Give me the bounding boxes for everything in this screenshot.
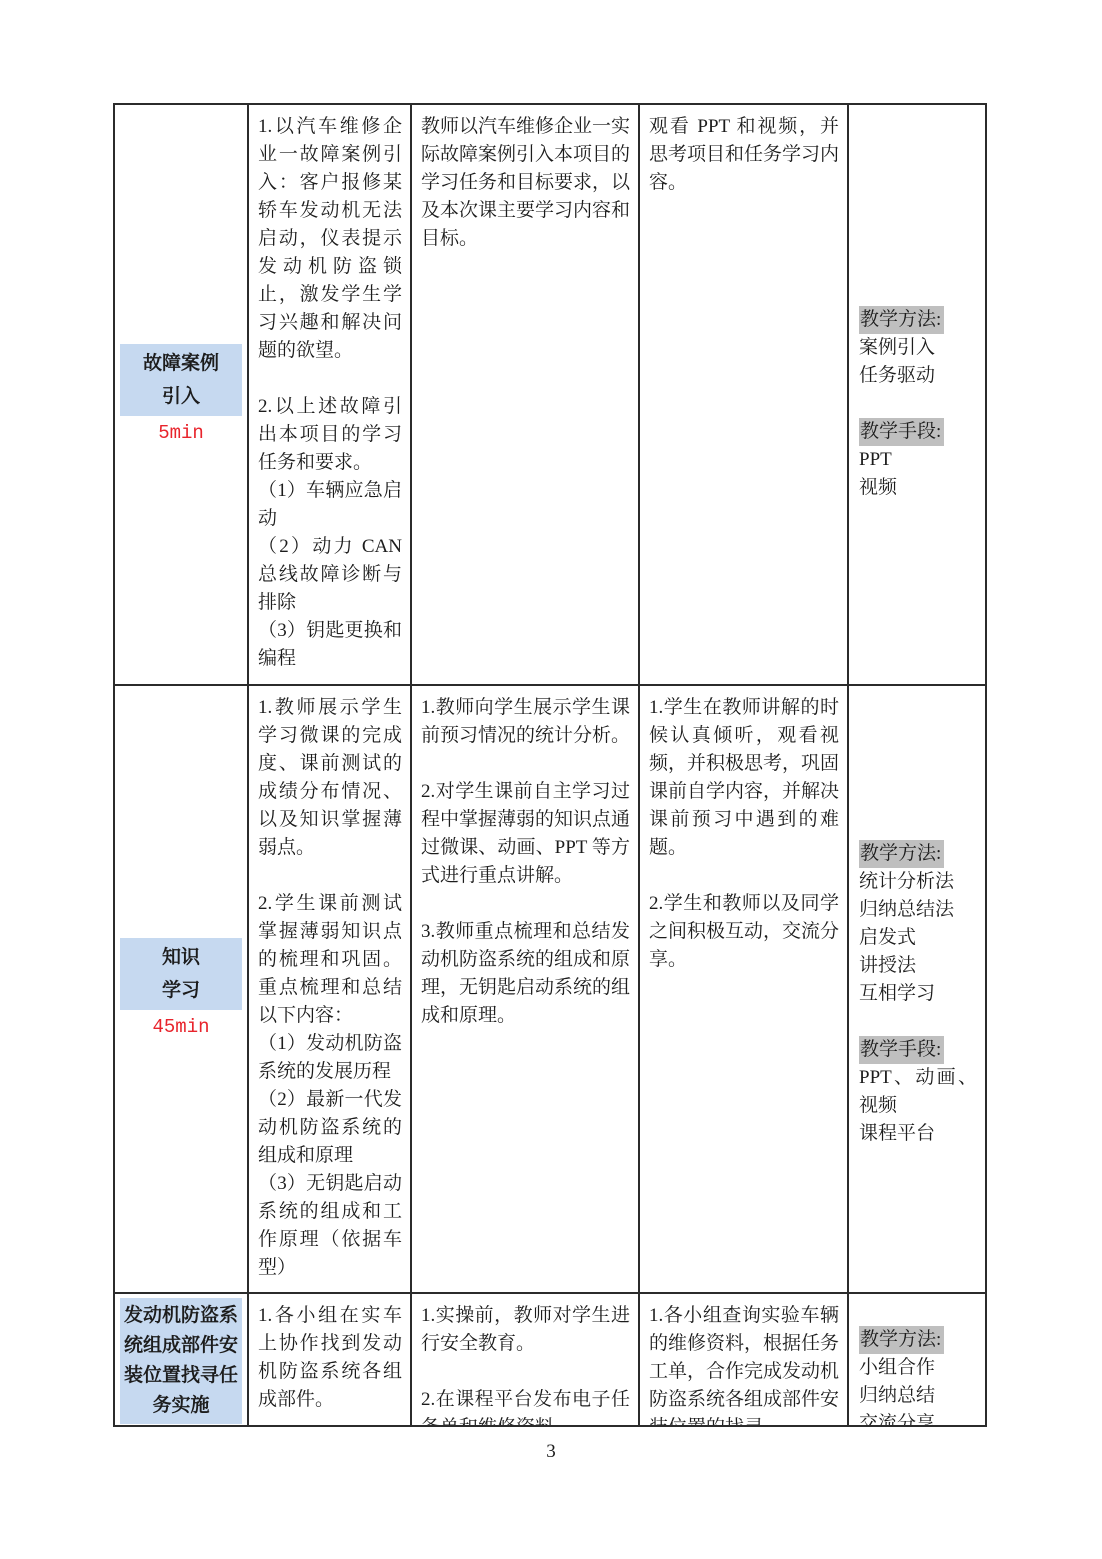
method-block: 教学手段:PPT、动画、视频课程平台 xyxy=(859,1036,977,1148)
teaching-content-cell: 1.教师展示学生学习微课的完成度、课前测试的成绩分布情况、以及知识掌握薄弱点。2… xyxy=(249,686,412,1292)
stage-duration: 5min xyxy=(158,420,204,446)
stage-cell: 发动机防盗系统组成部件安装位置找寻任务实施30min xyxy=(115,1294,249,1425)
table-row: 知识学习45min1.教师展示学生学习微课的完成度、课前测试的成绩分布情况、以及… xyxy=(115,686,985,1294)
method-item: 讲授法 xyxy=(859,952,977,980)
methods-content: 教学方法:案例引入任务驱动教学手段:PPT视频 xyxy=(858,306,977,502)
paragraph: 1.各小组查询实验车辆的维修资料，根据任务工单，合作完成发动机防盗系统各组成部件… xyxy=(649,1302,839,1425)
method-item: 课程平台 xyxy=(859,1120,977,1148)
student-activity-cell: 1.各小组查询实验车辆的维修资料，根据任务工单，合作完成发动机防盗系统各组成部件… xyxy=(640,1294,849,1425)
stage-label: 故障案例引入 xyxy=(120,344,242,416)
paragraph: 教师以汽车维修企业一实际故障案例引入本项目的学习任务和目标要求，以及本次课主要学… xyxy=(421,113,630,253)
method-item: 任务驱动 xyxy=(859,362,977,390)
blank-line xyxy=(649,862,839,890)
method-item: 小组合作 xyxy=(859,1354,977,1382)
paragraph: （2）最新一代发动机防盗系统的组成和原理 xyxy=(258,1086,402,1170)
page-number: 3 xyxy=(0,1441,1102,1463)
stage-label-line: 统组成部件安 xyxy=(120,1331,242,1361)
method-item: 归纳总结 xyxy=(859,1382,977,1410)
method-block: 教学方法:统计分析法归纳总结法启发式讲授法互相学习 xyxy=(859,840,977,1008)
paragraph: 1.学生在教师讲解的时候认真倾听，观看视频，并积极思考，巩固课前自学内容，并解决… xyxy=(649,694,839,862)
methods-content: 教学方法:统计分析法归纳总结法启发式讲授法互相学习教学手段:PPT、动画、视频课… xyxy=(858,840,977,1148)
teaching-content-cell: 1.以汽车维修企业一故障案例引入：客户报修某轿车发动机无法启动，仪表提示发动机防… xyxy=(249,105,412,684)
stage-label-line: 装位置找寻任 xyxy=(120,1361,242,1391)
method-heading: 教学方法: xyxy=(859,306,944,334)
stage-label-line: 引入 xyxy=(120,380,242,413)
paragraph: 3.教师重点梳理和总结发动机防盗系统的组成和原理，无钥匙启动系统的组成和原理。 xyxy=(421,918,630,1030)
blank-line xyxy=(258,862,402,890)
stage-label-line: 故障案例 xyxy=(120,347,242,380)
student-activity-cell: 观看 PPT 和视频，并思考项目和任务学习内容。 xyxy=(640,105,849,684)
method-heading: 教学手段: xyxy=(859,418,944,446)
stage-label-line: 务实施 xyxy=(120,1391,242,1421)
paragraph: 1.各小组在实车上协作找到发动机防盗系统各组成部件。 xyxy=(258,1302,402,1414)
paragraph: 2.对学生课前自主学习过程中掌握薄弱的知识点通过微课、动画、PPT 等方式进行重… xyxy=(421,778,630,890)
lesson-plan-table: 故障案例引入5min1.以汽车维修企业一故障案例引入：客户报修某轿车发动机无法启… xyxy=(113,103,987,1427)
stage-label-line: 知识 xyxy=(120,941,242,974)
stage-cell: 故障案例引入5min xyxy=(115,105,249,684)
blank-line xyxy=(258,365,402,393)
method-heading: 教学手段: xyxy=(859,1036,944,1064)
methods-cell: 教学方法:小组合作归纳总结交流分享 xyxy=(849,1294,985,1425)
stage-label: 发动机防盗系统组成部件安装位置找寻任务实施 xyxy=(120,1298,242,1424)
paragraph: 1.教师展示学生学习微课的完成度、课前测试的成绩分布情况、以及知识掌握薄弱点。 xyxy=(258,694,402,862)
blank-line xyxy=(421,750,630,778)
paragraph: （1）发动机防盗系统的发展历程 xyxy=(258,1030,402,1086)
stage-label-line: 发动机防盗系 xyxy=(120,1301,242,1331)
blank-line xyxy=(421,1358,630,1386)
table-row: 发动机防盗系统组成部件安装位置找寻任务实施30min1.各小组在实车上协作找到发… xyxy=(115,1294,985,1425)
document-page: 故障案例引入5min1.以汽车维修企业一故障案例引入：客户报修某轿车发动机无法启… xyxy=(0,0,1102,1559)
method-item: 交流分享 xyxy=(859,1410,977,1425)
paragraph: 观看 PPT 和视频，并思考项目和任务学习内容。 xyxy=(649,113,839,197)
method-item: PPT xyxy=(859,446,977,474)
paragraph: （2）动力 CAN 总线故障诊断与排除 xyxy=(258,533,402,617)
method-heading: 教学方法: xyxy=(859,840,944,868)
paragraph: 1.以汽车维修企业一故障案例引入：客户报修某轿车发动机无法启动，仪表提示发动机防… xyxy=(258,113,402,365)
method-item: 互相学习 xyxy=(859,980,977,1008)
paragraph: 1.实操前，教师对学生进行安全教育。 xyxy=(421,1302,630,1358)
methods-content: 教学方法:小组合作归纳总结交流分享 xyxy=(858,1326,977,1425)
method-heading: 教学方法: xyxy=(859,1326,944,1354)
method-block: 教学方法:案例引入任务驱动 xyxy=(859,306,977,390)
teaching-content-cell: 1.各小组在实车上协作找到发动机防盗系统各组成部件。 xyxy=(249,1294,412,1425)
methods-cell: 教学方法:统计分析法归纳总结法启发式讲授法互相学习教学手段:PPT、动画、视频课… xyxy=(849,686,985,1292)
method-item: 案例引入 xyxy=(859,334,977,362)
teacher-activity-cell: 1.实操前，教师对学生进行安全教育。2.在课程平台发布电子任务单和维修资料。 xyxy=(412,1294,640,1425)
teacher-activity-cell: 1.教师向学生展示学生课前预习情况的统计分析。2.对学生课前自主学习过程中掌握薄… xyxy=(412,686,640,1292)
method-block: 教学方法:小组合作归纳总结交流分享 xyxy=(859,1326,977,1425)
method-item: 统计分析法 xyxy=(859,868,977,896)
blank-line xyxy=(421,890,630,918)
paragraph: 2.学生和教师以及同学之间积极互动，交流分享。 xyxy=(649,890,839,974)
method-item: 视频 xyxy=(859,474,977,502)
paragraph: 2.以上述故障引出本项目的学习任务和要求。 xyxy=(258,393,402,477)
methods-cell: 教学方法:案例引入任务驱动教学手段:PPT视频 xyxy=(849,105,985,684)
stage-duration: 45min xyxy=(152,1014,209,1040)
student-activity-cell: 1.学生在教师讲解的时候认真倾听，观看视频，并积极思考，巩固课前自学内容，并解决… xyxy=(640,686,849,1292)
teacher-activity-cell: 教师以汽车维修企业一实际故障案例引入本项目的学习任务和目标要求，以及本次课主要学… xyxy=(412,105,640,684)
stage-label: 知识学习 xyxy=(120,938,242,1010)
method-item: 启发式 xyxy=(859,924,977,952)
paragraph: （3）钥匙更换和编程 xyxy=(258,617,402,673)
method-item: PPT、动画、视频 xyxy=(859,1064,977,1120)
paragraph: 2.在课程平台发布电子任务单和维修资料。 xyxy=(421,1386,630,1425)
stage-cell: 知识学习45min xyxy=(115,686,249,1292)
table-row: 故障案例引入5min1.以汽车维修企业一故障案例引入：客户报修某轿车发动机无法启… xyxy=(115,105,985,686)
stage-label-line: 学习 xyxy=(120,974,242,1007)
paragraph: 1.教师向学生展示学生课前预习情况的统计分析。 xyxy=(421,694,630,750)
paragraph: 2.学生课前测试掌握薄弱知识点的梳理和巩固。重点梳理和总结以下内容： xyxy=(258,890,402,1030)
method-block: 教学手段:PPT视频 xyxy=(859,418,977,502)
paragraph: （3）无钥匙启动系统的组成和工作原理（依据车型） xyxy=(258,1170,402,1282)
paragraph: （1）车辆应急启动 xyxy=(258,477,402,533)
method-item: 归纳总结法 xyxy=(859,896,977,924)
